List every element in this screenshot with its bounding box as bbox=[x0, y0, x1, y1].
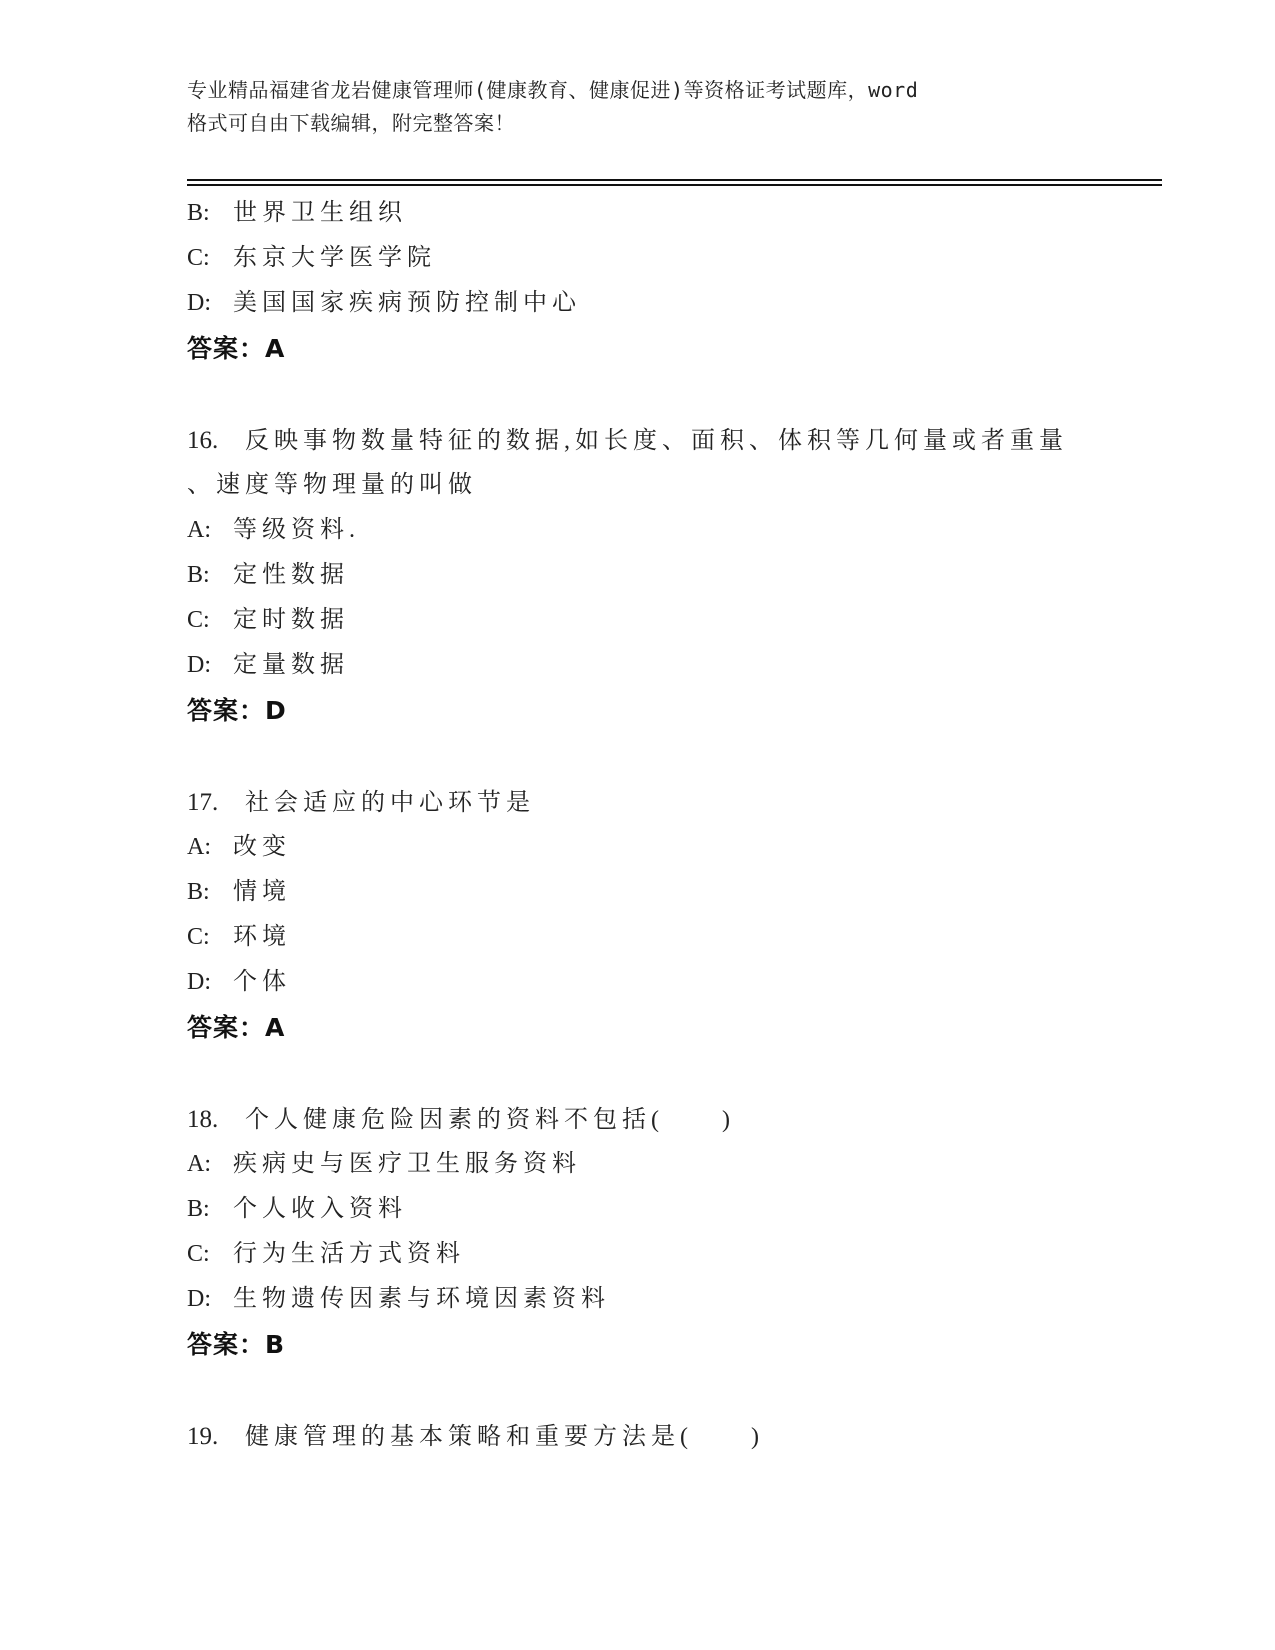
question-block-16: 16.反映事物数量特征的数据,如长度、面积、体积等几何量或者重量 、速度等物理量… bbox=[187, 418, 1087, 733]
question-block-15: B:世界卫生组织 C:东京大学医学院 D:美国国家疾病预防控制中心 答案：A bbox=[187, 191, 1087, 371]
question-list: B:世界卫生组织 C:东京大学医学院 D:美国国家疾病预防控制中心 答案：A 1… bbox=[187, 191, 1087, 1459]
spacer bbox=[187, 1050, 1087, 1097]
option-c: C:环境 bbox=[187, 915, 1087, 960]
option-d: D:定量数据 bbox=[187, 643, 1087, 688]
option-a: A:改变 bbox=[187, 825, 1087, 870]
option-b: B:世界卫生组织 bbox=[187, 191, 1087, 236]
question-stem-continued: 、速度等物理量的叫做 bbox=[187, 463, 1087, 508]
answer-line: 答案：B bbox=[187, 1322, 1087, 1367]
question-stem: 18.个人健康危险因素的资料不包括( ) bbox=[187, 1097, 1087, 1142]
header-line-2: 格式可自由下载编辑，附完整答案！ bbox=[187, 107, 1067, 140]
spacer bbox=[187, 733, 1087, 780]
option-d: D:生物遗传因素与环境因素资料 bbox=[187, 1277, 1087, 1322]
question-block-18: 18.个人健康危险因素的资料不包括( ) A:疾病史与医疗卫生服务资料 B:个人… bbox=[187, 1097, 1087, 1367]
question-stem: 17.社会适应的中心环节是 bbox=[187, 780, 1087, 825]
question-stem: 16.反映事物数量特征的数据,如长度、面积、体积等几何量或者重量 bbox=[187, 418, 1087, 463]
option-a: A:疾病史与医疗卫生服务资料 bbox=[187, 1142, 1087, 1187]
option-d: D:美国国家疾病预防控制中心 bbox=[187, 281, 1087, 326]
answer-line: 答案：A bbox=[187, 326, 1087, 371]
question-block-19: 19.健康管理的基本策略和重要方法是( ) bbox=[187, 1414, 1087, 1459]
option-b: B:个人收入资料 bbox=[187, 1187, 1087, 1232]
answer-line: 答案：D bbox=[187, 688, 1087, 733]
option-c: C:行为生活方式资料 bbox=[187, 1232, 1087, 1277]
header-rule-bottom bbox=[187, 184, 1162, 186]
option-c: C:东京大学医学院 bbox=[187, 236, 1087, 281]
spacer bbox=[187, 371, 1087, 418]
answer-line: 答案：A bbox=[187, 1005, 1087, 1050]
page-header: 专业精品福建省龙岩健康管理师(健康教育、健康促进)等资格证考试题库，word 格… bbox=[187, 74, 1067, 140]
option-b: B:定性数据 bbox=[187, 553, 1087, 598]
option-b: B:情境 bbox=[187, 870, 1087, 915]
spacer bbox=[187, 1367, 1087, 1414]
option-a: A:等级资料. bbox=[187, 508, 1087, 553]
option-c: C:定时数据 bbox=[187, 598, 1087, 643]
header-rule-top bbox=[187, 179, 1162, 181]
question-block-17: 17.社会适应的中心环节是 A:改变 B:情境 C:环境 D:个体 答案：A bbox=[187, 780, 1087, 1050]
header-line-1: 专业精品福建省龙岩健康管理师(健康教育、健康促进)等资格证考试题库，word bbox=[187, 74, 1067, 107]
question-stem: 19.健康管理的基本策略和重要方法是( ) bbox=[187, 1414, 1087, 1459]
option-d: D:个体 bbox=[187, 960, 1087, 1005]
document-page: 专业精品福建省龙岩健康管理师(健康教育、健康促进)等资格证考试题库，word 格… bbox=[0, 0, 1275, 1650]
